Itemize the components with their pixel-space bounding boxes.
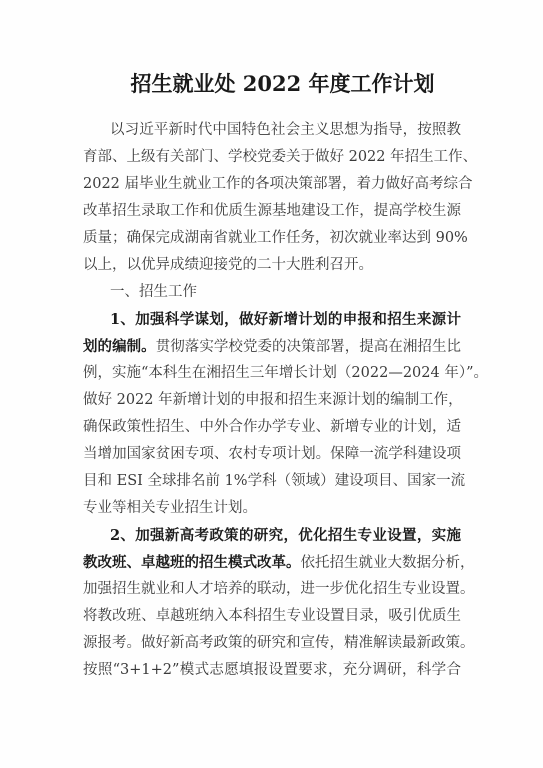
item-1-line: 例，实施“本科生在湘招生三年增长计划（2022—2024 年）”。 bbox=[83, 360, 461, 387]
intro-line: 以习近平新时代中国特色社会主义思想为指导，按照教 bbox=[83, 117, 461, 144]
intro-line: 2022 届毕业生就业工作的各项决策部署，着力做好高考综合 bbox=[83, 171, 461, 198]
item-2-line: 教改班、卓越班的招生模式改革。依托招生就业大数据分析， bbox=[83, 549, 461, 576]
item-1-line: 确保政策性招生、中外合作办学专业、新增专业的计划，适 bbox=[83, 414, 461, 441]
intro-line: 育部、上级有关部门、学校党委关于做好 2022 年招生工作、 bbox=[83, 144, 461, 171]
item-1-line: 目和 ESI 全球排名前 1%学科（领域）建设项目、国家一流 bbox=[83, 468, 461, 495]
intro-line: 改革招生录取工作和优质生源基地建设工作，提高学校生源 bbox=[83, 198, 461, 225]
item-2-heading-cont: 教改班、卓越班的招生模式改革。 bbox=[83, 554, 301, 571]
item-1-line: 划的编制。贯彻落实学校党委的决策部署，提高在湘招生比 bbox=[83, 333, 461, 360]
intro-line: 以上，以优异成绩迎接党的二十大胜利召开。 bbox=[83, 252, 461, 279]
item-2-heading: 2、加强新高考政策的研究，优化招生专业设置，实施 bbox=[83, 522, 461, 549]
document-page: 招生就业处 2022 年度工作计划 以习近平新时代中国特色社会主义思想为指导，按… bbox=[0, 0, 543, 768]
section-heading: 一、招生工作 bbox=[83, 279, 461, 306]
item-1-line: 做好 2022 年新增计划的申报和招生来源计划的编制工作， bbox=[83, 387, 461, 414]
item-2-line: 源报考。做好新高考政策的研究和宣传，精准解读最新政策。 bbox=[83, 630, 461, 657]
document-title: 招生就业处 2022 年度工作计划 bbox=[0, 68, 543, 98]
item-1-heading-cont: 划的编制。 bbox=[83, 338, 156, 355]
intro-line: 质量；确保完成湖南省就业工作任务，初次就业率达到 90% bbox=[83, 225, 461, 252]
item-2-line: 按照“3+1+2”模式志愿填报设置要求，充分调研，科学合 bbox=[83, 657, 461, 684]
item-1-heading: 1、加强科学谋划，做好新增计划的申报和招生来源计 bbox=[83, 306, 461, 333]
item-1-line: 当增加国家贫困专项、农村专项计划。保障一流学科建设项 bbox=[83, 441, 461, 468]
document-body: 以习近平新时代中国特色社会主义思想为指导，按照教 育部、上级有关部门、学校党委关… bbox=[83, 117, 461, 684]
item-2-line: 加强招生就业和人才培养的联动，进一步优化招生专业设置。 bbox=[83, 576, 461, 603]
item-1-text: 贯彻落实学校党委的决策部署，提高在湘招生比 bbox=[156, 339, 461, 355]
item-1-line: 专业等相关专业招生计划。 bbox=[83, 495, 461, 522]
item-2-text: 依托招生就业大数据分析， bbox=[301, 555, 475, 571]
item-2-line: 将教改班、卓越班纳入本科招生专业设置目录，吸引优质生 bbox=[83, 603, 461, 630]
